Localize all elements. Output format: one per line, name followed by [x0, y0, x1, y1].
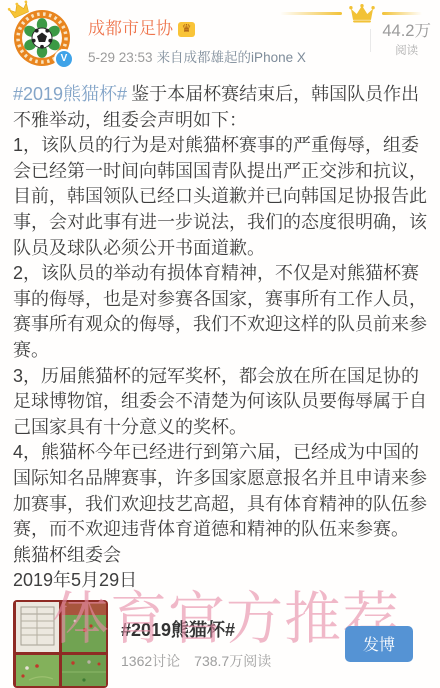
reads-count: 44.2万 — [382, 23, 431, 40]
verified-badge-icon: V — [54, 49, 74, 69]
post-source-link[interactable]: 来自成都雄起的iPhone X — [157, 50, 306, 65]
post-date: 2019年5月29日 — [13, 568, 427, 594]
topic-discussions: 1362讨论 — [121, 651, 180, 671]
topic-title-link[interactable]: #2019熊猫杯# — [121, 616, 271, 642]
compose-post-button[interactable]: 发博 — [345, 626, 413, 662]
hashtag-link[interactable]: #2019熊猫杯# — [13, 84, 127, 104]
weibo-post-screen: V 成都市足协 ♛ 5-29 23:53来自成都雄起的iPhone X 44.2… — [0, 0, 440, 688]
topic-info: #2019熊猫杯# 1362讨论 738.7万阅读 — [121, 616, 271, 671]
avatar[interactable]: V — [13, 9, 71, 67]
post-paragraph: 3，历届熊猫杯的冠军奖杯，都会放在所在国足协的足球博物馆，组委会不清楚为何该队员… — [13, 364, 427, 441]
vertical-divider — [370, 29, 371, 52]
topic-card: #2019熊猫杯# 1362讨论 738.7万阅读 发博 — [13, 600, 427, 688]
reads-label: 阅读 — [382, 42, 431, 58]
post-paragraph: 4，熊猫杯今年已经进行到第六届，已经成为中国的国际知名品牌赛事，许多国家愿意报名… — [13, 440, 427, 542]
post-body: #2019熊猫杯#鉴于本届杯赛结束后，韩国队员作出不雅举动，组委会声明如下： 1… — [13, 82, 427, 594]
vip-crown-badge-icon: ♛ — [178, 22, 195, 37]
user-name-link[interactable]: 成都市足协 — [88, 19, 173, 39]
timestamp: 5-29 23:53 — [88, 50, 153, 65]
post-signature: 熊猫杯组委会 — [13, 543, 427, 569]
post-paragraph: 2，该队员的举动有损体育精神，不仅是对熊猫杯赛事的侮辱，也是对参赛各国家，赛事所… — [13, 261, 427, 363]
post-paragraph: 1，该队员的行为是对熊猫杯赛事的严重侮辱，组委会已经第一时间向韩国国青队提出严正… — [13, 133, 427, 261]
reads-counter: 44.2万 阅读 — [370, 23, 431, 58]
post-intro-line: #2019熊猫杯#鉴于本届杯赛结束后，韩国队员作出不雅举动，组委会声明如下： — [13, 82, 427, 133]
topic-reads: 738.7万阅读 — [194, 651, 271, 671]
topic-thumbnail-image[interactable] — [13, 600, 108, 688]
post-header: V 成都市足协 ♛ 5-29 23:53来自成都雄起的iPhone X 44.2… — [0, 0, 440, 80]
topic-stats: 1362讨论 738.7万阅读 — [121, 651, 271, 671]
